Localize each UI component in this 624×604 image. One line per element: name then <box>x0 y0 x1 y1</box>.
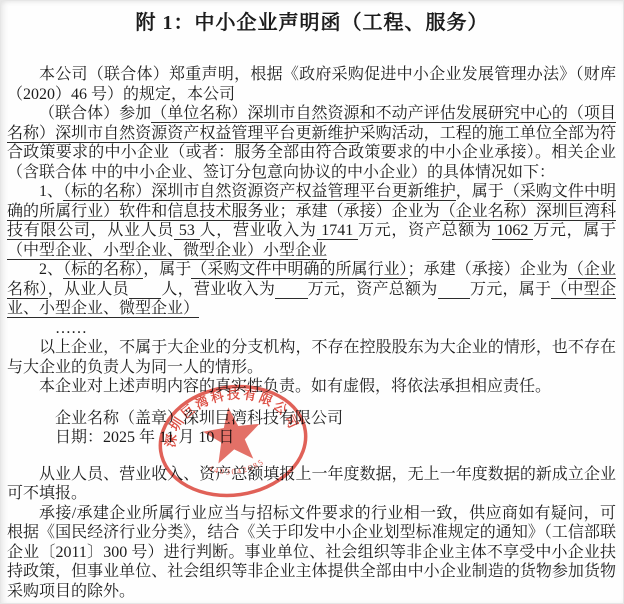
doc-body: 本公司（联合体）郑重声明，根据《政府采购促进中小企业发展管理办法》（财库（202… <box>0 35 624 601</box>
text-run: ，从业人员 <box>48 281 129 298</box>
text-run: ，从业人员 <box>91 222 175 239</box>
filled-field <box>438 281 470 299</box>
paragraph: 以上企业，不属于大企业的分支机构，不存在控股股东为大企业的情形，也不存在与大企业… <box>7 338 616 377</box>
filled-field: （标的名称） <box>63 261 143 279</box>
paragraph: 本企业对上述声明内容的真实性负责。如有虚假，将依法承担相应责任。 <box>7 377 616 397</box>
text-run: 以上企业，不属于大企业的分支机构，不存在控股股东为大企业的情形，也不存在与大企业… <box>7 339 616 376</box>
paragraph: （联合体）参加（单位名称）深圳市自然资源和不动产评估发展研究中心的（项目名称）深… <box>7 104 616 182</box>
filled-field: 53 <box>174 222 199 240</box>
filled-field: 1741 <box>317 222 358 240</box>
text-run: 万元，属于 <box>470 281 551 298</box>
text-run: 承接/承建企业所属行业应当与招标文件要求的行业相一致，供应商如有疑问，可根据《国… <box>7 505 616 600</box>
filled-field: （标的名称）深圳市自然资源资产权益管理平台更新维护 <box>63 183 456 201</box>
filled-field: 1062 <box>492 222 533 240</box>
doc-title: 附 1：中小企业声明函（工程、服务） <box>0 0 624 35</box>
text-run: 本公司（联合体）郑重声明，根据《政府采购促进中小企业发展管理办法》（财库（202… <box>7 66 616 103</box>
paragraph: 本公司（联合体）郑重声明，根据《政府采购促进中小企业发展管理办法》（财库（202… <box>7 65 616 104</box>
filled-field <box>275 281 307 299</box>
text-run: ，属于 <box>143 261 191 278</box>
text-run: 日期：2025 年 11 月 10 日 <box>55 429 234 446</box>
text-run: 2、 <box>39 261 63 278</box>
text-run: 万元，资产总额为 <box>358 222 492 239</box>
filled-field <box>129 281 161 299</box>
paragraph: 2、（标的名称），属于（采购文件中明确的所属行业）；承建（承接）企业为（企业名称… <box>7 260 616 319</box>
text-run: 本企业对上述声明内容的真实性负责。如有虚假，将依法承担相应责任。 <box>39 378 551 395</box>
filled-field: （采购文件中明确的所属行业） <box>191 261 407 279</box>
text-run: （联合体）参加 <box>39 105 151 122</box>
text-run: 从业人员、营业收入、资产总额填报上一年度数据，无上一年度数据的新成立企业可不填报… <box>7 466 616 503</box>
text-run: 万元，属于 <box>533 222 616 239</box>
text-run: …… <box>55 320 87 337</box>
paragraph: 1、（标的名称）深圳市自然资源资产权益管理平台更新维护，属于（采购文件中明确的所… <box>7 182 616 260</box>
text-run: 1、 <box>39 183 63 200</box>
text-run: ；承建（承接）企业为 <box>408 261 568 278</box>
text-run: 人，营业收入为 <box>200 222 317 239</box>
filled-field: （中型企业、小型企业、微型企业）小型企业 <box>7 242 327 260</box>
paragraph: 企业名称（盖章）深圳巨湾科技有限公司 <box>7 409 616 429</box>
text-run: 万元，资产总额为 <box>308 281 438 298</box>
text-run: 人，营业收入为 <box>161 281 275 298</box>
text-run: ，属于 <box>456 183 504 200</box>
paragraph: 从业人员、营业收入、资产总额填报上一年度数据，无上一年度数据的新成立企业可不填报… <box>7 465 616 504</box>
text-run: 企业名称（盖章）深圳巨湾科技有限公司 <box>55 410 343 427</box>
paragraph: 日期：2025 年 11 月 10 日 <box>7 428 616 448</box>
declaration-document: 附 1：中小企业声明函（工程、服务） 本公司（联合体）郑重声明，根据《政府采购促… <box>0 0 624 604</box>
paragraph: 承接/承建企业所属行业应当与招标文件要求的行业相一致，供应商如有疑问，可根据《国… <box>7 504 616 602</box>
paragraph: …… <box>7 319 616 339</box>
text-run: ；承建（承接）企业为 <box>279 203 439 220</box>
